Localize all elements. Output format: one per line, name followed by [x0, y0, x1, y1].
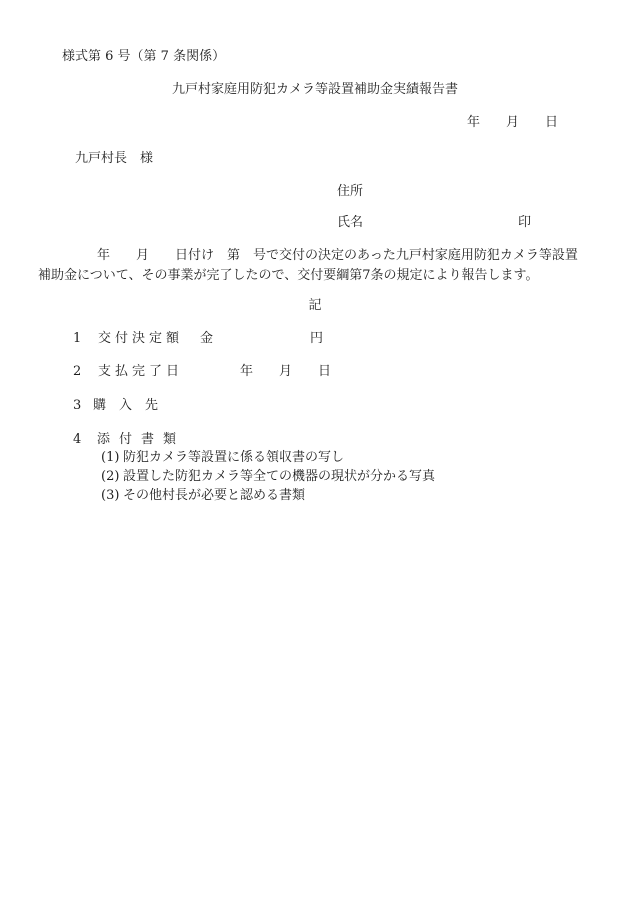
item-4-sub-3-text: その他村長が必要と認める書類	[123, 488, 305, 504]
item-4-sub-2-text: 設置した防犯カメラ等全ての機器の現状が分かる写真	[123, 469, 435, 485]
document-title: 九戸村家庭用防犯カメラ等設置補助金実績報告書	[0, 82, 630, 98]
item-4-label: 添付書類	[97, 432, 185, 448]
item-3-label: 購 入 先	[93, 398, 158, 414]
body-paragraph-line2: 補助金について、その事業が完了したので、交付要綱第7条の規定により報告します。	[38, 268, 538, 284]
item-4-sub-1-text: 防犯カメラ等設置に係る領収書の写し	[123, 450, 344, 466]
seal-label: 印	[518, 215, 531, 231]
item-1-amount-suffix: 円	[310, 331, 323, 347]
item-1-amount-prefix: 金	[200, 331, 213, 347]
document-page: 様式第 6 号（第 7 条関係） 九戸村家庭用防犯カメラ等設置補助金実績報告書 …	[0, 0, 630, 903]
item-4-sub-1-number: (1)	[101, 450, 119, 466]
item-2-date-blank: 年 月 日	[240, 364, 331, 380]
item-3-number: 3	[73, 398, 81, 414]
item-1-number: 1	[73, 331, 81, 347]
item-4-sub-2-number: (2)	[101, 469, 119, 485]
body-paragraph-line1: 年 月 日付け 第 号で交付の決定のあった九戸村家庭用防犯カメラ等設置	[97, 248, 578, 264]
item-4-number: 4	[73, 432, 81, 448]
item-4-sub-3: (3) その他村長が必要と認める書類	[0, 488, 630, 550]
date-blank-line: 年 月 日	[467, 115, 558, 131]
addressee: 九戸村長 様	[75, 151, 153, 167]
form-number: 様式第 6 号（第 7 条関係）	[62, 49, 225, 65]
address-label: 住所	[337, 184, 363, 200]
item-1-label: 交付決定額	[98, 331, 183, 347]
name-label: 氏名	[337, 215, 363, 231]
record-heading: 記	[0, 298, 630, 314]
item-4-sub-3-number: (3)	[101, 488, 119, 504]
item-2-label: 支払完了日	[98, 364, 183, 380]
item-2-number: 2	[73, 364, 81, 380]
